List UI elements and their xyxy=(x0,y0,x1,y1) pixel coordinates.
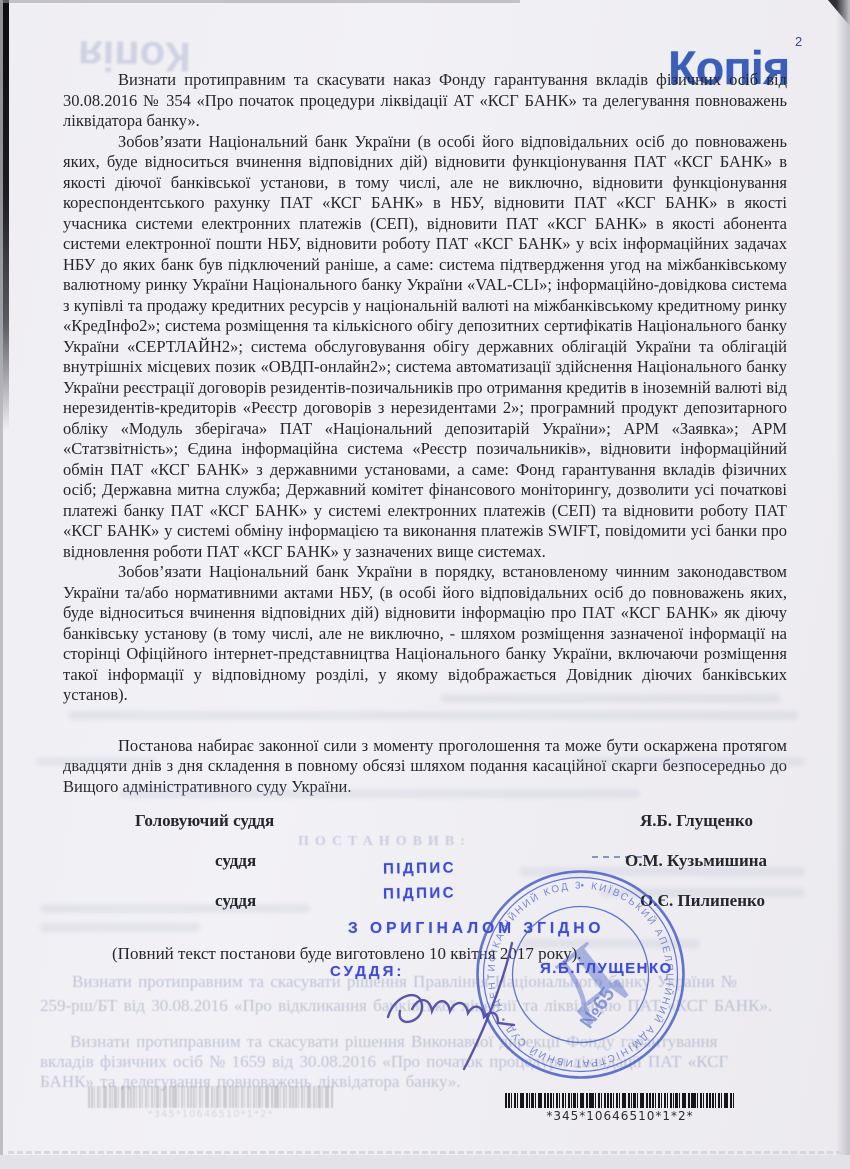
scan-edge-right xyxy=(836,0,850,1169)
scanned-court-document-page: { "page": { "number": "2", "copy_stamp":… xyxy=(0,0,850,1169)
judge-name-glushchenko: Я.Б. Глущенко xyxy=(640,811,753,831)
ghost-barcode-label: *345*10646510*1*2* xyxy=(88,1109,333,1120)
ghost-barcode: *345*10646510*1*2* xyxy=(88,1086,333,1120)
page-number: 2 xyxy=(795,34,802,49)
ghost-smudge xyxy=(68,711,798,720)
handwritten-signature xyxy=(360,935,590,1085)
ghost-smudge xyxy=(40,923,200,932)
role-judge-3: суддя xyxy=(215,891,256,911)
signature-stamp-pidpys-2: ПІДПИС xyxy=(383,884,456,902)
paragraph-appeal-clause: Постанова набирає законної сили з момент… xyxy=(63,736,787,798)
ghost-smudge xyxy=(440,694,780,703)
ghost-barcode-bars xyxy=(88,1086,333,1108)
signature-stamp-pidpys-1: ПІДПИС xyxy=(383,859,456,877)
paragraph-order-1: Визнати протиправним та скасувати наказ … xyxy=(63,70,787,132)
ghost-smudge xyxy=(575,757,805,766)
role-judge-2: суддя xyxy=(215,851,256,871)
role-presiding-judge: Головуючий суддя xyxy=(135,811,274,831)
scan-edge-bottom-dashed-line xyxy=(8,1151,842,1154)
ghost-smudge xyxy=(40,904,310,913)
ghost-smudge xyxy=(36,757,156,766)
barcode-bars xyxy=(505,1093,735,1108)
barcode: *345*10646510*1*2* xyxy=(505,1093,735,1123)
scan-edge-top-line xyxy=(0,0,520,3)
barcode-label: *345*10646510*1*2* xyxy=(505,1109,735,1123)
ghost-text-postanoviv: ПОСТАНОВИВ: xyxy=(298,834,471,850)
scan-edge-left-line xyxy=(0,0,3,1169)
document-body: Визнати протиправним та скасувати наказ … xyxy=(63,70,787,797)
scan-edge-bottom xyxy=(0,1155,850,1169)
paragraph-order-3: Зобов’язати Національний банк України в … xyxy=(63,562,787,706)
ghost-smudge xyxy=(120,789,640,798)
paragraph-order-2: Зобов’язати Національний банк України (в… xyxy=(63,132,787,563)
